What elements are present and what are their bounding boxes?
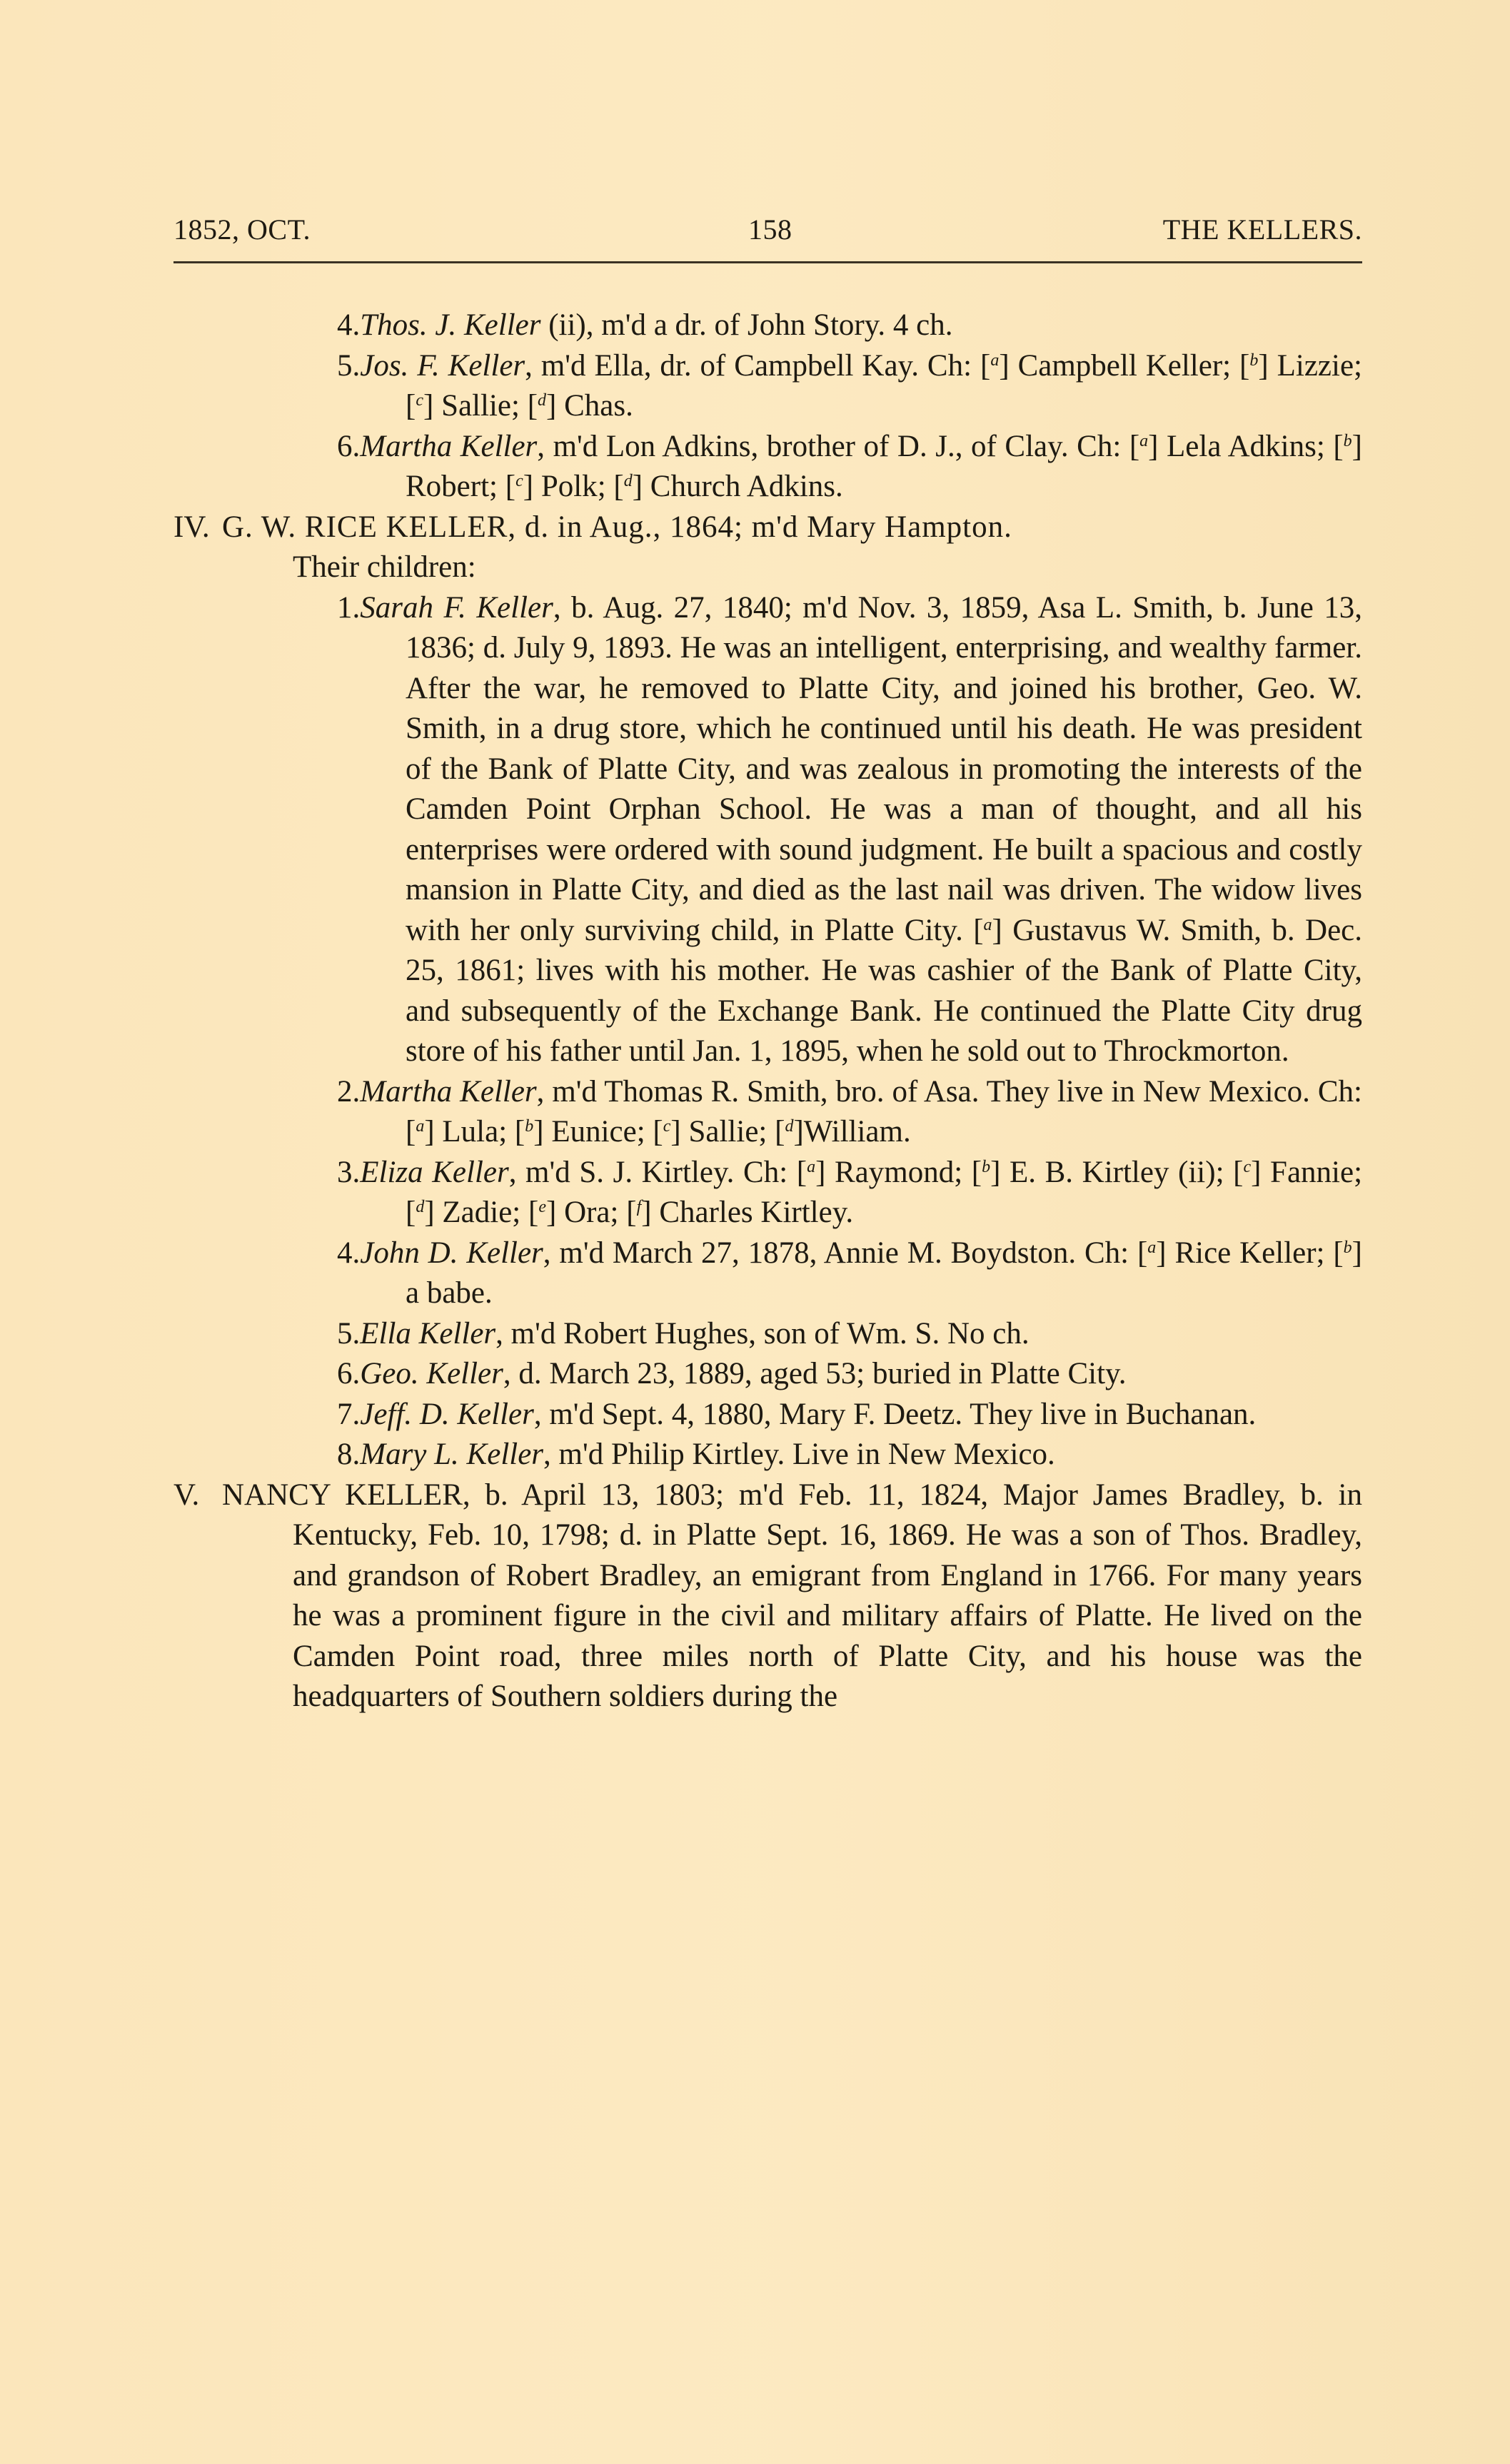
section-iv-heading: IV.G. W. RICE KELLER, d. in Aug., 1864; … (173, 508, 1362, 548)
page-number: 158 (748, 213, 792, 246)
child-list: [a] Lula; [b] Eunice; [c] Sallie; [d]Wil… (406, 1115, 911, 1148)
person-name: Mary L. Keller (360, 1438, 543, 1471)
person-name: John D. Keller (360, 1236, 543, 1270)
entry-iv-5: 5.Ella Keller, m'd Robert Hughes, son of… (173, 1314, 1362, 1355)
header-title: THE KELLERS. (1163, 213, 1362, 246)
entry-iii-5: 5.Jos. F. Keller, m'd Ella, dr. of Campb… (173, 346, 1362, 427)
roman-numeral: IV. (173, 508, 222, 548)
page-body: 4.Thos. J. Keller (ii), m'd a dr. of Joh… (173, 306, 1362, 1717)
header-rule (173, 261, 1362, 263)
person-name: Geo. Keller (360, 1357, 503, 1390)
header-date: 1852, OCT. (173, 213, 311, 246)
entry-iii-6: 6.Martha Keller, m'd Lon Adkins, brother… (173, 427, 1362, 508)
person-name: Martha Keller (360, 430, 537, 463)
entry-iii-4: 4.Thos. J. Keller (ii), m'd a dr. of Joh… (173, 306, 1362, 346)
entry-iv-7: 7.Jeff. D. Keller, m'd Sept. 4, 1880, Ma… (173, 1395, 1362, 1435)
person-name: Jeff. D. Keller (360, 1398, 534, 1431)
person-name: Jos. F. Keller (360, 349, 525, 383)
entry-iv-6: 6.Geo. Keller, d. March 23, 1889, aged 5… (173, 1354, 1362, 1395)
section-v-paragraph: V.NANCY KELLER, b. April 13, 1803; m'd F… (173, 1475, 1362, 1717)
entry-iv-1: 1.Sarah F. Keller, b. Aug. 27, 1840; m'd… (173, 588, 1362, 1072)
entry-iv-3: 3.Eliza Keller, m'd S. J. Kirtley. Ch: [… (173, 1153, 1362, 1233)
person-name: Sarah F. Keller (360, 591, 553, 625)
running-header: 1852, OCT. 158 THE KELLERS. (173, 213, 1362, 256)
person-name: Eliza Keller (360, 1156, 508, 1189)
person-name: Thos. J. Keller (360, 308, 540, 342)
entry-iv-8: 8.Mary L. Keller, m'd Philip Kirtley. Li… (173, 1435, 1362, 1475)
person-name: Ella Keller (360, 1317, 495, 1350)
entry-iv-2: 2.Martha Keller, m'd Thomas R. Smith, br… (173, 1072, 1362, 1153)
section-iv-subheading: Their children: (173, 547, 1362, 588)
roman-numeral: V. (173, 1475, 222, 1516)
person-name: Martha Keller (360, 1075, 536, 1109)
entry-iv-4: 4.John D. Keller, m'd March 27, 1878, An… (173, 1233, 1362, 1314)
